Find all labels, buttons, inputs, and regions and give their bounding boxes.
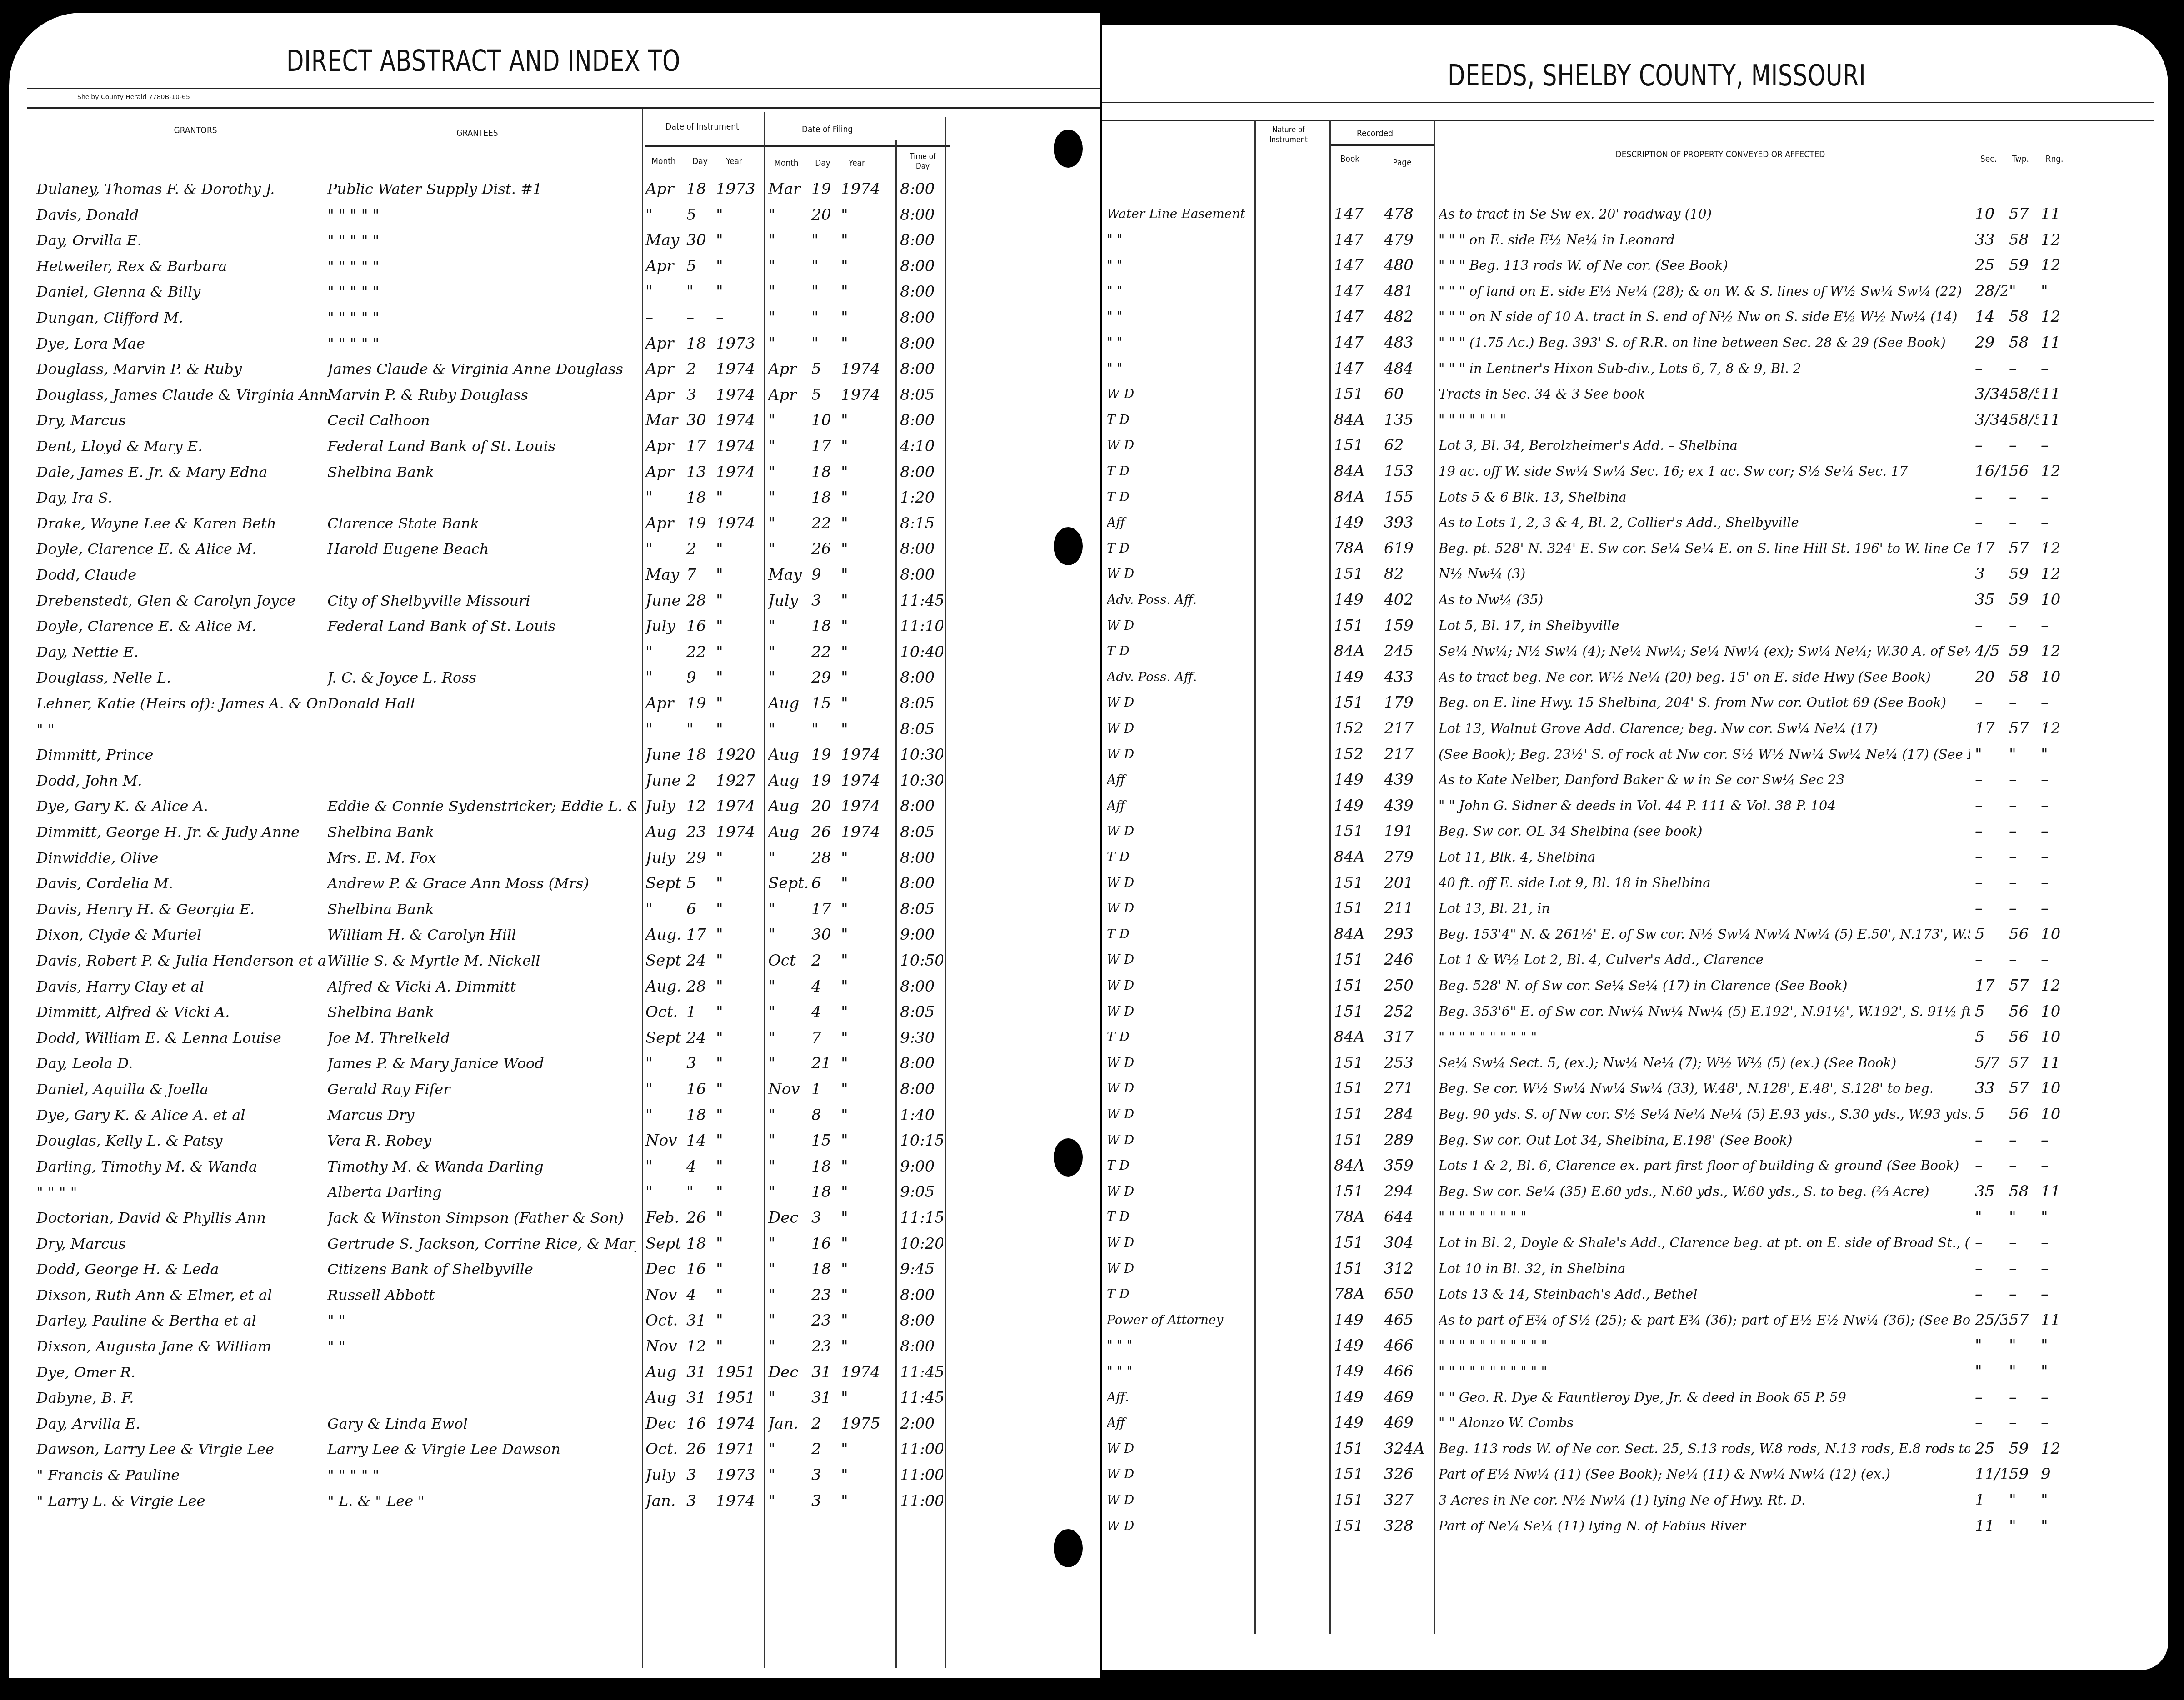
filing-month: Oct: [768, 948, 809, 973]
left-page-title: DIRECT ABSTRACT AND INDEX TO: [286, 45, 680, 78]
property-description: Se¼ Sw¼ Sect. 5, (ex.); Nw¼ Ne¼ (7); W½ …: [1439, 1050, 1970, 1076]
instrument-day: 26: [686, 1436, 714, 1462]
right-page-title: DEEDS, SHELBY COUNTY, MISSOURI: [1448, 59, 1866, 93]
time-of-day: 9:00: [900, 1154, 943, 1179]
filing-day: 23: [811, 1282, 839, 1308]
instrument-year: –: [716, 305, 757, 330]
nature-of-instrument: Adv. Poss. Aff.: [1107, 587, 1252, 613]
nature-of-instrument: W D: [1107, 716, 1252, 741]
ledger-row-left: Dodd, William E. & Lenna LouiseJoe M. Th…: [9, 1025, 1100, 1051]
grantor-name: Lehner, Katie (Heirs of): James A. & Ona…: [36, 691, 327, 716]
township: –: [2009, 690, 2039, 715]
section: 3/34: [1975, 381, 2007, 407]
property-description: Beg. Sw cor. Se¼ (35) E.60 yds., N.60 yd…: [1439, 1179, 1970, 1204]
filing-year: ": [841, 665, 891, 690]
range: –: [2041, 1153, 2068, 1178]
instrument-year: ": [716, 536, 757, 562]
range: 12: [2041, 459, 2068, 484]
filing-day: 17: [811, 434, 839, 459]
section: –: [1975, 947, 2007, 972]
recorded-page: 217: [1384, 716, 1432, 741]
instrument-month: Oct.: [645, 999, 682, 1025]
filing-month: ": [768, 408, 809, 433]
recorded-page: 284: [1384, 1102, 1432, 1127]
filing-day: 23: [811, 1334, 839, 1359]
instrument-day: 13: [686, 459, 714, 485]
nature-of-instrument: W D: [1107, 1050, 1252, 1076]
ledger-row-right: W D151246Lot 1 & W½ Lot 2, Bl. 4, Culver…: [1102, 947, 2168, 972]
grantee-name: Joe M. Threlkeld: [327, 1025, 636, 1051]
recorded-page: 619: [1384, 536, 1432, 561]
filing-day: ": [811, 717, 839, 742]
recorded-book: 147: [1334, 330, 1379, 355]
instrument-month: Apr: [645, 254, 682, 279]
township: –: [2009, 1410, 2039, 1436]
instrument-day: 28: [686, 974, 714, 999]
time-of-day: 11:45: [900, 588, 943, 613]
grantee-name: William H. & Carolyn Hill: [327, 922, 636, 947]
grantee-name: " " " " ": [327, 279, 636, 304]
filing-day: 21: [811, 1051, 839, 1076]
recorded-book: 147: [1334, 304, 1379, 329]
recorded-page: 253: [1384, 1050, 1432, 1076]
grantee-name: Harold Eugene Beach: [327, 536, 636, 562]
section: 3: [1975, 561, 2007, 587]
recorded-book: 149: [1334, 793, 1379, 818]
filing-year: ": [841, 1025, 891, 1051]
grantee-name: Cecil Calhoon: [327, 408, 636, 433]
instrument-year: ": [716, 562, 757, 588]
township: –: [2009, 356, 2039, 381]
ledger-row-right: " "147480" " " Beg. 113 rods W. of Ne co…: [1102, 253, 2168, 278]
nature-of-instrument: T D: [1107, 638, 1252, 664]
filing-month: ": [768, 999, 809, 1025]
instrument-day: 18: [686, 331, 714, 356]
date-of-filing-header: Date of Filing: [777, 124, 878, 135]
ledger-row-right: W D151294Beg. Sw cor. Se¼ (35) E.60 yds.…: [1102, 1179, 2168, 1204]
instrument-year: ": [716, 845, 757, 871]
filing-day: 18: [811, 613, 839, 639]
recorded-page: 326: [1384, 1461, 1432, 1487]
instrument-month: Sept: [645, 1231, 682, 1256]
grantor-name: Doyle, Clarence E. & Alice M.: [36, 536, 327, 562]
section: 17: [1975, 716, 2007, 741]
filing-year: ": [841, 613, 891, 639]
ledger-row-left: Davis, Harry Clay et alAlfred & Vicki A.…: [9, 974, 1100, 999]
instrument-year: 1974: [716, 356, 757, 382]
instrument-year: 1974: [716, 511, 757, 536]
instrument-day: 2: [686, 356, 714, 382]
filing-day: 30: [811, 922, 839, 947]
nature-of-instrument: W D: [1107, 1461, 1252, 1487]
filing-year: ": [841, 999, 891, 1025]
instrument-month: June: [645, 768, 682, 793]
property-description: Beg. Sw cor. OL 34 Shelbina (see book): [1439, 818, 1970, 844]
grantor-name: Day, Arvilla E.: [36, 1411, 327, 1436]
filing-day: 3: [811, 1462, 839, 1488]
filing-month: ": [768, 485, 809, 510]
instrument-day: 26: [686, 1205, 714, 1231]
filing-day: ": [811, 254, 839, 279]
filing-day: 18: [811, 1256, 839, 1282]
filing-month: ": [768, 639, 809, 665]
instrument-day: 18: [686, 176, 714, 202]
time-of-day: 8:00: [900, 305, 943, 330]
grantor-name: Dry, Marcus: [36, 408, 327, 433]
instrument-month: Aug.: [645, 974, 682, 999]
recorded-page: 480: [1384, 253, 1432, 278]
instrument-day: 24: [686, 1025, 714, 1051]
instrument-month: May: [645, 228, 682, 253]
time-of-day-header: Time of Day: [909, 152, 936, 171]
ledger-row-right: Water Line Easement147478As to tract in …: [1102, 201, 2168, 227]
recorded-book: 152: [1334, 716, 1379, 741]
time-of-day: 8:00: [900, 176, 943, 202]
instrument-day: 12: [686, 793, 714, 819]
section: 17: [1975, 973, 2007, 998]
township: 59: [2009, 1461, 2039, 1487]
range: –: [2041, 510, 2068, 535]
nature-of-instrument: Aff: [1107, 510, 1252, 535]
filing-month: Aug: [768, 819, 809, 845]
section: 33: [1975, 227, 2007, 253]
range: –: [2041, 433, 2068, 458]
instrument-day: 16: [686, 1411, 714, 1436]
range: –: [2041, 1410, 2068, 1436]
nature-of-instrument: T D: [1107, 536, 1252, 561]
ledger-row-left: Davis, Henry H. & Georgia E.Shelbina Ban…: [9, 897, 1100, 922]
property-description: Beg. Se cor. W½ Sw¼ Nw¼ Sw¼ (33), W.48',…: [1439, 1076, 1970, 1101]
instrument-day: 28: [686, 588, 714, 613]
grantee-name: Donald Hall: [327, 691, 636, 716]
recorded-subheader-rule: [1329, 144, 1434, 146]
grantee-name: " " " " ": [327, 254, 636, 279]
filing-day: 19: [811, 742, 839, 768]
filing-year: ": [841, 1436, 891, 1462]
filing-year: ": [841, 1385, 891, 1411]
property-description: As to tract beg. Ne cor. W½ Ne¼ (20) beg…: [1439, 664, 1970, 690]
instrument-month: ": [645, 202, 682, 228]
filing-month: ": [768, 717, 809, 742]
recorded-book: 151: [1334, 433, 1379, 458]
nature-of-instrument: Aff: [1107, 767, 1252, 793]
filing-year: 1974: [841, 742, 891, 768]
filing-year: ": [841, 305, 891, 330]
time-of-day: 8:00: [900, 279, 943, 304]
range: 11: [2041, 201, 2068, 227]
township: –: [2009, 947, 2039, 972]
ledger-row-left: Dixon, Clyde & MurielWilliam H. & Caroly…: [9, 922, 1100, 947]
filing-month: ": [768, 1256, 809, 1282]
filing-year: ": [841, 228, 891, 253]
section: –: [1975, 793, 2007, 818]
filing-month: May: [768, 562, 809, 588]
township: –: [2009, 1127, 2039, 1153]
recorded-page: 324A: [1384, 1436, 1432, 1461]
property-description: 19 ac. off W. side Sw¼ Sw¼ Sec. 16; ex 1…: [1439, 459, 1970, 484]
recorded-book: 84A: [1334, 922, 1379, 947]
filing-day: 3: [811, 588, 839, 613]
section: 10: [1975, 201, 2007, 227]
instrument-month: Apr: [645, 176, 682, 202]
property-description: " " " Beg. 113 rods W. of Ne cor. (See B…: [1439, 253, 1970, 278]
section: –: [1975, 1153, 2007, 1178]
section: 4/5: [1975, 638, 2007, 664]
filing-day: 4: [811, 999, 839, 1025]
section: 5: [1975, 922, 2007, 947]
nature-of-instrument: W D: [1107, 561, 1252, 587]
instrument-day: 24: [686, 948, 714, 973]
grantor-name: Davis, Henry H. & Georgia E.: [36, 897, 327, 922]
filing-year: ": [841, 1488, 891, 1514]
ledger-row-left: Dixson, Augusta Jane & William" "Nov12""…: [9, 1334, 1100, 1359]
instrument-day: 18: [686, 1231, 714, 1256]
grantee-name: " " " " ": [327, 331, 636, 356]
instrument-day: 16: [686, 613, 714, 639]
section: 3/34: [1975, 407, 2007, 433]
grantor-name: Davis, Robert P. & Julia Henderson et al: [36, 948, 327, 973]
instrument-year: ": [716, 1128, 757, 1153]
filing-month: ": [768, 665, 809, 690]
recorded-book: 151: [1334, 818, 1379, 844]
filing-month: ": [768, 1102, 809, 1128]
township: 59: [2009, 253, 2039, 278]
filing-year: ": [841, 1077, 891, 1102]
filing-day: 16: [811, 1231, 839, 1256]
grantee-name: J. C. & Joyce L. Ross: [327, 665, 636, 690]
ledger-row-left: Dixson, Ruth Ann & Elmer, et alRussell A…: [9, 1282, 1100, 1308]
ledger-row-right: T D84A135" " " " " " "3/3458/5911: [1102, 407, 2168, 433]
recorded-page: 484: [1384, 356, 1432, 381]
instrument-year: ": [716, 948, 757, 973]
recorded-page: 191: [1384, 818, 1432, 844]
instrument-year: ": [716, 871, 757, 896]
instrument-month-header: Month: [648, 155, 679, 166]
grantor-name: Dinwiddie, Olive: [36, 845, 327, 871]
instrument-day: 18: [686, 485, 714, 510]
range: 12: [2041, 716, 2068, 741]
section: 25/36: [1975, 1307, 2007, 1333]
property-description: " " Alonzo W. Combs: [1439, 1410, 1970, 1436]
filing-month: ": [768, 279, 809, 304]
grantee-name: " ": [327, 1334, 636, 1359]
ledger-row-right: Adv. Poss. Aff.149433As to tract beg. Ne…: [1102, 664, 2168, 690]
instrument-month: June: [645, 742, 682, 768]
range: 9: [2041, 1461, 2068, 1487]
section: 17: [1975, 536, 2007, 561]
recorded-page: 482: [1384, 304, 1432, 329]
filing-year: ": [841, 1154, 891, 1179]
grantor-name: Dabyne, B. F.: [36, 1385, 327, 1411]
grantor-name: Darling, Timothy M. & Wanda: [36, 1154, 327, 1179]
grantee-name: Shelbina Bank: [327, 897, 636, 922]
range: 11: [2041, 407, 2068, 433]
instrument-month: Mar: [645, 408, 682, 433]
recorded-page: 271: [1384, 1076, 1432, 1101]
instrument-year: 1974: [716, 459, 757, 485]
ledger-row-right: W D15120140 ft. off E. side Lot 9, Bl. 1…: [1102, 870, 2168, 896]
ledger-row-right: W D151179Beg. on E. line Hwy. 15 Shelbin…: [1102, 690, 2168, 715]
filing-year: ": [841, 1205, 891, 1231]
ledger-row-right: W D151191Beg. Sw cor. OL 34 Shelbina (se…: [1102, 818, 2168, 844]
section: 25: [1975, 253, 2007, 278]
grantee-name: Larry Lee & Virgie Lee Dawson: [327, 1436, 636, 1462]
instrument-month: Apr: [645, 331, 682, 356]
range: 11: [2041, 330, 2068, 355]
nature-of-instrument: T D: [1107, 1153, 1252, 1178]
filing-day: 4: [811, 974, 839, 999]
time-of-day: 8:00: [900, 1282, 943, 1308]
time-of-day: 8:05: [900, 382, 943, 408]
binding-hole: [1054, 527, 1083, 565]
instrument-day: 2: [686, 768, 714, 793]
filing-year: ": [841, 331, 891, 356]
property-description: As to Nw¼ (35): [1439, 587, 1970, 613]
section: –: [1975, 818, 2007, 844]
instrument-month: Apr: [645, 434, 682, 459]
section: –: [1975, 1127, 2007, 1153]
nature-of-instrument: W D: [1107, 947, 1252, 972]
instrument-day: 3: [686, 382, 714, 408]
grantor-name: Dodd, Claude: [36, 562, 327, 588]
grantees-header: GRANTEES: [446, 127, 508, 138]
filing-year: 1974: [841, 793, 891, 819]
ledger-row-left: Dry, MarcusCecil CalhoonMar301974"10"8:0…: [9, 408, 1100, 433]
ledger-row-left: Day, Arvilla E.Gary & Linda EwolDec16197…: [9, 1411, 1100, 1436]
nature-of-instrument: " ": [1107, 356, 1252, 381]
filing-year: ": [841, 588, 891, 613]
instrument-day: 31: [686, 1385, 714, 1411]
grantee-name: " ": [327, 1308, 636, 1333]
filing-day: 2: [811, 948, 839, 973]
filing-year: 1974: [841, 1360, 891, 1385]
property-description: As to Lots 1, 2, 3 & 4, Bl. 2, Collier's…: [1439, 510, 1970, 535]
property-description: Beg. pt. 528' N. 324' E. Sw cor. Se¼ Se¼…: [1439, 536, 1970, 561]
section: –: [1975, 896, 2007, 921]
instrument-month: Apr: [645, 356, 682, 382]
filing-month: July: [768, 588, 809, 613]
instrument-day: ": [686, 279, 714, 304]
section: 20: [1975, 664, 2007, 690]
instrument-month: Sept.: [645, 948, 682, 973]
property-description: " " " on E. side E½ Ne¼ in Leonard: [1439, 227, 1970, 253]
grantor-name: Douglass, James Claude & Virginia Anne: [36, 382, 327, 408]
binding-hole: [1054, 1138, 1083, 1177]
section: 1: [1975, 1487, 2007, 1513]
instrument-month: Oct.: [645, 1436, 682, 1462]
township: 56: [2009, 1024, 2039, 1050]
filing-year: ": [841, 511, 891, 536]
ledger-row-right: T D84A317" " " " " " " " " "55610: [1102, 1024, 2168, 1050]
instrument-year: ": [716, 1077, 757, 1102]
section: ": [1975, 742, 2007, 767]
filing-day-header: Day: [811, 157, 835, 168]
instrument-month: Apr: [645, 511, 682, 536]
ledger-row-left: Dimmitt, Alfred & Vicki A.Shelbina BankO…: [9, 999, 1100, 1025]
instrument-month: –: [645, 305, 682, 330]
filing-day: 31: [811, 1385, 839, 1411]
instrument-day: 5: [686, 202, 714, 228]
nature-of-instrument: W D: [1107, 973, 1252, 998]
section: 5: [1975, 999, 2007, 1024]
filing-month: Dec: [768, 1360, 809, 1385]
ledger-row-left: Dodd, John M.June21927Aug19197410:30: [9, 768, 1100, 793]
grantor-name: Davis, Harry Clay et al: [36, 974, 327, 999]
section: 28/22: [1975, 279, 2007, 304]
grantor-name: Dye, Gary K. & Alice A.: [36, 793, 327, 819]
section: –: [1975, 1256, 2007, 1281]
instrument-day: 4: [686, 1154, 714, 1179]
range: 12: [2041, 304, 2068, 329]
grantee-name: Clarence State Bank: [327, 511, 636, 536]
recorded-book: 151: [1334, 1076, 1379, 1101]
section: 5: [1975, 1024, 2007, 1050]
instrument-year: 1973: [716, 331, 757, 356]
recorded-page: 252: [1384, 999, 1432, 1024]
recorded-page: 478: [1384, 201, 1432, 227]
filing-day: 18: [811, 1154, 839, 1179]
instrument-year: ": [716, 717, 757, 742]
ledger-row-left: " Francis & Pauline" " " " "July31973"3"…: [9, 1462, 1100, 1488]
range: –: [2041, 1385, 2068, 1410]
nature-of-instrument: W D: [1107, 690, 1252, 715]
range: 10: [2041, 922, 2068, 947]
recorded-page: 289: [1384, 1127, 1432, 1153]
ledger-row-right: T D84A245Se¼ Nw¼; N½ Sw¼ (4); Ne¼ Nw¼; S…: [1102, 638, 2168, 664]
instrument-year: 1971: [716, 1436, 757, 1462]
property-description: Beg. 90 yds. S. of Nw cor. S½ Se¼ Ne¼ Ne…: [1439, 1102, 1970, 1127]
ledger-row-left: Drebenstedt, Glen & Carolyn JoyceCity of…: [9, 588, 1100, 613]
section: 5/7: [1975, 1050, 2007, 1076]
property-description: 40 ft. off E. side Lot 9, Bl. 18 in Shel…: [1439, 870, 1970, 896]
filing-month: Aug: [768, 768, 809, 793]
filing-day: 5: [811, 356, 839, 382]
range-header: Rng.: [2043, 153, 2066, 164]
property-description: " " " on N side of 10 A. tract in S. end…: [1439, 304, 1970, 329]
property-description: 3 Acres in Ne cor. N½ Nw¼ (1) lying Ne o…: [1439, 1487, 1970, 1513]
instrument-year: ": [716, 228, 757, 253]
grantor-name: Dodd, George H. & Leda: [36, 1256, 327, 1282]
filing-month: Aug: [768, 742, 809, 768]
grantor-name: Dungan, Clifford M.: [36, 305, 327, 330]
nature-of-instrument: " ": [1107, 253, 1252, 278]
ledger-row-left: Dent, Lloyd & Mary E.Federal Land Bank o…: [9, 434, 1100, 459]
instrument-year: ": [716, 974, 757, 999]
filing-month: ": [768, 434, 809, 459]
township: –: [2009, 1281, 2039, 1307]
instrument-year: ": [716, 1282, 757, 1308]
property-description: As to part of E¾ of S½ (25); & part E¾ (…: [1439, 1307, 1970, 1333]
nature-of-instrument: T D: [1107, 1281, 1252, 1307]
recorded-book: 151: [1334, 999, 1379, 1024]
filing-day: 9: [811, 562, 839, 588]
time-of-day: 11:45: [900, 1360, 943, 1385]
section: 33: [1975, 1076, 2007, 1101]
header-rule: [1102, 120, 2154, 121]
nature-of-instrument: W D: [1107, 818, 1252, 844]
range: 10: [2041, 664, 2068, 690]
instrument-month: July: [645, 845, 682, 871]
ledger-row-left: Dale, James E. Jr. & Mary EdnaShelbina B…: [9, 459, 1100, 485]
township: –: [2009, 844, 2039, 870]
ledger-row-left: Dye, Lora Mae" " " " "Apr181973"""8:00: [9, 331, 1100, 356]
ledger-row-right: T D78A650Lots 13 & 14, Steinbach's Add.,…: [1102, 1281, 2168, 1307]
filing-day: 29: [811, 665, 839, 690]
instrument-month: ": [645, 665, 682, 690]
recorded-page: 217: [1384, 742, 1432, 767]
range: 12: [2041, 1436, 2068, 1461]
nature-of-instrument: Adv. Poss. Aff.: [1107, 664, 1252, 690]
